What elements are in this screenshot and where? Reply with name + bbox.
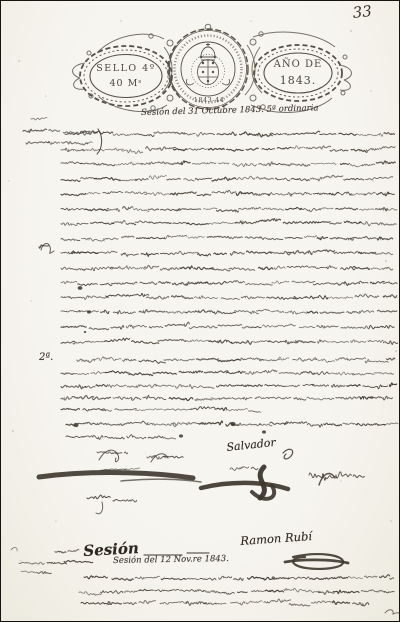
flourish-fo-loop bbox=[41, 243, 54, 253]
handwriting-scribble-under bbox=[87, 495, 137, 502]
handwriting-entry2-body bbox=[79, 575, 394, 606]
flourish-salvador-flourish bbox=[283, 449, 293, 459]
handwriting-rubrics-left bbox=[97, 452, 183, 471]
seal-center-years: 1843-44 bbox=[187, 97, 231, 104]
flourish-left-smear bbox=[39, 473, 193, 478]
coat-of-arms-icon bbox=[186, 55, 229, 88]
seal-left-oval-line2: 40 Mˢ bbox=[88, 79, 164, 89]
entry2-dateline: Sesión del 12 Nov.re 1843. bbox=[113, 555, 229, 566]
handwriting-top-left-scribble bbox=[31, 118, 47, 120]
entry1-margin-mark: 2ª. bbox=[39, 353, 53, 363]
ink-blots bbox=[73, 286, 266, 438]
handwriting-salvador-under bbox=[230, 467, 258, 471]
seal-right-oval-line1: AÑO DE bbox=[261, 60, 335, 70]
flourish-lazo-entry bbox=[319, 474, 335, 485]
crown-icon bbox=[200, 43, 216, 60]
handwriting-entry1-para2 bbox=[61, 357, 397, 412]
manuscript-art bbox=[1, 1, 400, 622]
manuscript-page: 33 SELLO 4º 40 Mˢ AÑO DE 1843. 1843-44 S… bbox=[0, 0, 400, 622]
seal-left-oval-line1: SELLO 4º bbox=[88, 64, 164, 74]
flourish-corner-scribble bbox=[385, 610, 400, 618]
handwriting-margin-note-2 bbox=[19, 549, 93, 573]
seal-right-oval-line2: 1843. bbox=[261, 75, 335, 86]
handwriting-lazo-signature bbox=[309, 472, 364, 480]
flourish-mn2-curl bbox=[11, 547, 17, 551]
flourish-scribble-desc bbox=[96, 502, 103, 514]
folio-number: 33 bbox=[352, 4, 373, 21]
handwriting-entry1-para1 bbox=[61, 131, 398, 345]
